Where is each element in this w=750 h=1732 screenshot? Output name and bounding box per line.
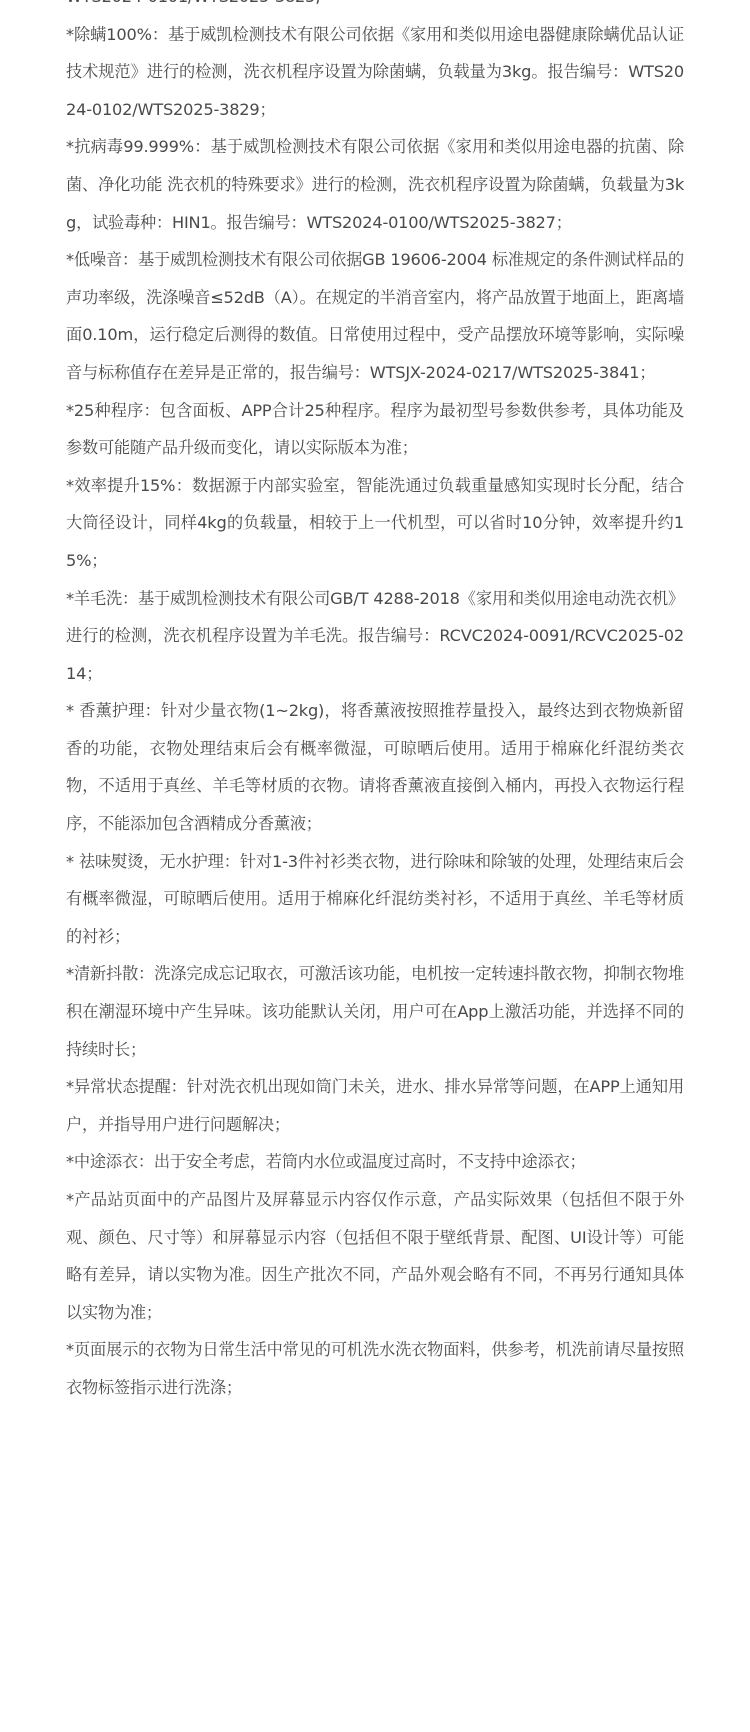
note-wool-wash: *羊毛洗：基于威凯检测技术有限公司GB/T 4288-2018《家用和类似用途电… bbox=[66, 580, 684, 693]
note-abnormal-alert: *异常状态提醒：针对洗衣机出现如筒门未关，进水、排水异常等问题，在APP上通知用… bbox=[66, 1068, 684, 1143]
note-add-garment: *中途添衣：出于安全考虑，若筒内水位或温度过高时，不支持中途添衣； bbox=[66, 1143, 684, 1181]
note-fresh-tumble: *清新抖散：洗涤完成忘记取衣，可激活该功能，电机按一定转速抖散衣物，抑制衣物堆积… bbox=[66, 955, 684, 1068]
note-antivirus: *抗病毒99.999%：基于威凯检测技术有限公司依据《家用和类似用途电器的抗菌、… bbox=[66, 128, 684, 241]
note-prev-report-number: WTS2024-0101/WTS2025-3825; bbox=[66, 0, 684, 16]
note-fragrance-care: * 香薰护理：针对少量衣物(1~2kg)，将香薰液按照推荐量投入，最终达到衣物焕… bbox=[66, 692, 684, 842]
note-low-noise: *低噪音：基于威凯检测技术有限公司依据GB 19606-2004 标准规定的条件… bbox=[66, 241, 684, 391]
note-garments-disclaimer: *页面展示的衣物为日常生活中常见的可机洗水洗衣物面料，供参考，机洗前请尽量按照衣… bbox=[66, 1331, 684, 1406]
note-programs: *25种程序：包含面板、APP合计25种程序。程序为最初型号参数供参考，具体功能… bbox=[66, 392, 684, 467]
disclaimer-notes: WTS2024-0101/WTS2025-3825; *除螨100%：基于威凯检… bbox=[66, 0, 684, 1407]
note-deodorize-iron: * 祛味熨烫，无水护理：针对1-3件衬衫类衣物，进行除味和除皱的处理，处理结束后… bbox=[66, 843, 684, 956]
note-mite-removal: *除螨100%：基于威凯检测技术有限公司依据《家用和类似用途电器健康除螨优品认证… bbox=[66, 16, 684, 129]
note-images-disclaimer: *产品站页面中的产品图片及屏幕显示内容仅作示意，产品实际效果（包括但不限于外观、… bbox=[66, 1181, 684, 1331]
note-efficiency: *效率提升15%：数据源于内部实验室，智能洗通过负载重量感知实现时长分配，结合大… bbox=[66, 467, 684, 580]
